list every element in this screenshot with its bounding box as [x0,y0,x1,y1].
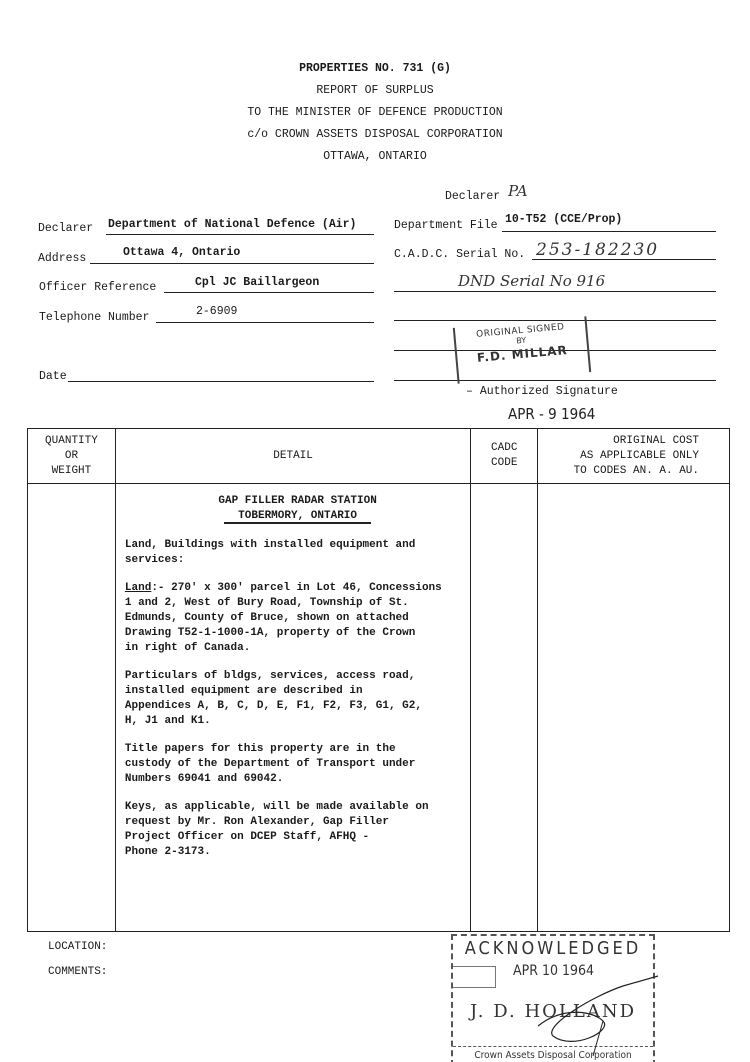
station-location-text: TOBERMORY, ONTARIO [224,510,371,524]
detail-paragraph-3: Particulars of bldgs, services, access r… [125,669,470,729]
department-file-line [502,231,716,232]
ack-box [453,966,496,988]
dnd-serial-line [394,291,716,292]
document-header: PROPERTIES NO. 731 (G) REPORT OF SURPLUS… [0,58,750,168]
department-file-label: Department File [394,219,498,232]
officer-reference-label: Officer Reference [39,281,156,294]
location-label: LOCATION: [48,941,107,953]
declarer-line [106,234,374,235]
declarer-label: Declarer [38,222,93,235]
date-label: Date [39,370,67,383]
authorized-signature-text: Authorized Signature [480,385,618,398]
care-of-line: c/o CROWN ASSETS DISPOSAL CORPORATION [0,124,750,146]
date-line [68,381,374,382]
cell-original-cost [538,484,730,932]
cell-detail: GAP FILLER RADAR STATION TOBERMORY, ONTA… [115,484,470,932]
addressee-line: TO THE MINISTER OF DEFENCE PRODUCTION [0,102,750,124]
original-signed-stamp: ORIGINAL SIGNED BY F.D. MILLAR [453,316,591,383]
table-header-row: QUANTITY OR WEIGHT DETAIL CADC CODE ORIG… [28,429,730,484]
header-detail: DETAIL [115,429,470,484]
cadc-serial-label: C.A.D.C. Serial No. [394,248,525,261]
land-description: :- 270' x 300' parcel in Lot 46, Concess… [125,582,442,654]
cell-cadc-code [471,484,538,932]
cadc-serial-value: 253-182230 [536,240,659,260]
header-quantity: QUANTITY OR WEIGHT [28,429,116,484]
address-label: Address [38,252,86,265]
right-declarer-label: Declarer [445,190,500,203]
dnd-serial-handwritten: DND Serial No 916 [458,272,605,290]
header-original-cost: ORIGINAL COST AS APPLICABLE ONLY TO CODE… [538,429,730,484]
cell-quantity [28,484,116,932]
detail-paragraph-2: Land:- 270' x 300' parcel in Lot 46, Con… [125,581,470,656]
officer-reference-text: Cpl JC Baillargeon [195,276,319,289]
telephone-label: Telephone Number [39,311,149,324]
land-label: Land [125,582,151,594]
detail-paragraph-1: Land, Buildings with installed equipment… [125,538,470,568]
telephone-line [156,322,374,323]
signature-line-3 [394,380,716,381]
address-line [90,263,374,264]
city-line: OTTAWA, ONTARIO [0,146,750,168]
comments-label: COMMENTS: [48,966,107,978]
received-date-stamp: APR - 9 1964 [508,405,595,423]
acknowledged-stamp: ACKNOWLEDGED APR 10 1964 J. D. HOLLAND C… [451,934,655,1062]
address-value: Ottawa 4, Ontario [123,246,240,259]
surplus-items-table: QUANTITY OR WEIGHT DETAIL CADC CODE ORIG… [27,428,730,932]
officer-reference-line [164,292,374,293]
table-row: GAP FILLER RADAR STATION TOBERMORY, ONTA… [28,484,730,932]
station-title: GAP FILLER RADAR STATION [125,494,470,509]
ack-title: ACKNOWLEDGED [453,938,653,959]
detail-paragraph-5: Keys, as applicable, will be made availa… [125,800,470,860]
signature-scribble-icon [533,966,663,1056]
department-file-value: 10-T52 (CCE/Prop) [505,213,622,226]
detail-paragraph-4: Title papers for this property are in th… [125,742,470,787]
declarer-initials-handwritten: PA [508,182,528,200]
report-title: REPORT OF SURPLUS [0,80,750,102]
telephone-value: 2-6909 [196,305,237,318]
authorized-signature-label: – Authorized Signature [466,385,618,398]
declarer-value: Department of National Defence (Air) [108,218,356,231]
header-cadc-code: CADC CODE [471,429,538,484]
station-location: TOBERMORY, ONTARIO [125,509,470,524]
properties-number: PROPERTIES NO. 731 (G) [0,58,750,80]
